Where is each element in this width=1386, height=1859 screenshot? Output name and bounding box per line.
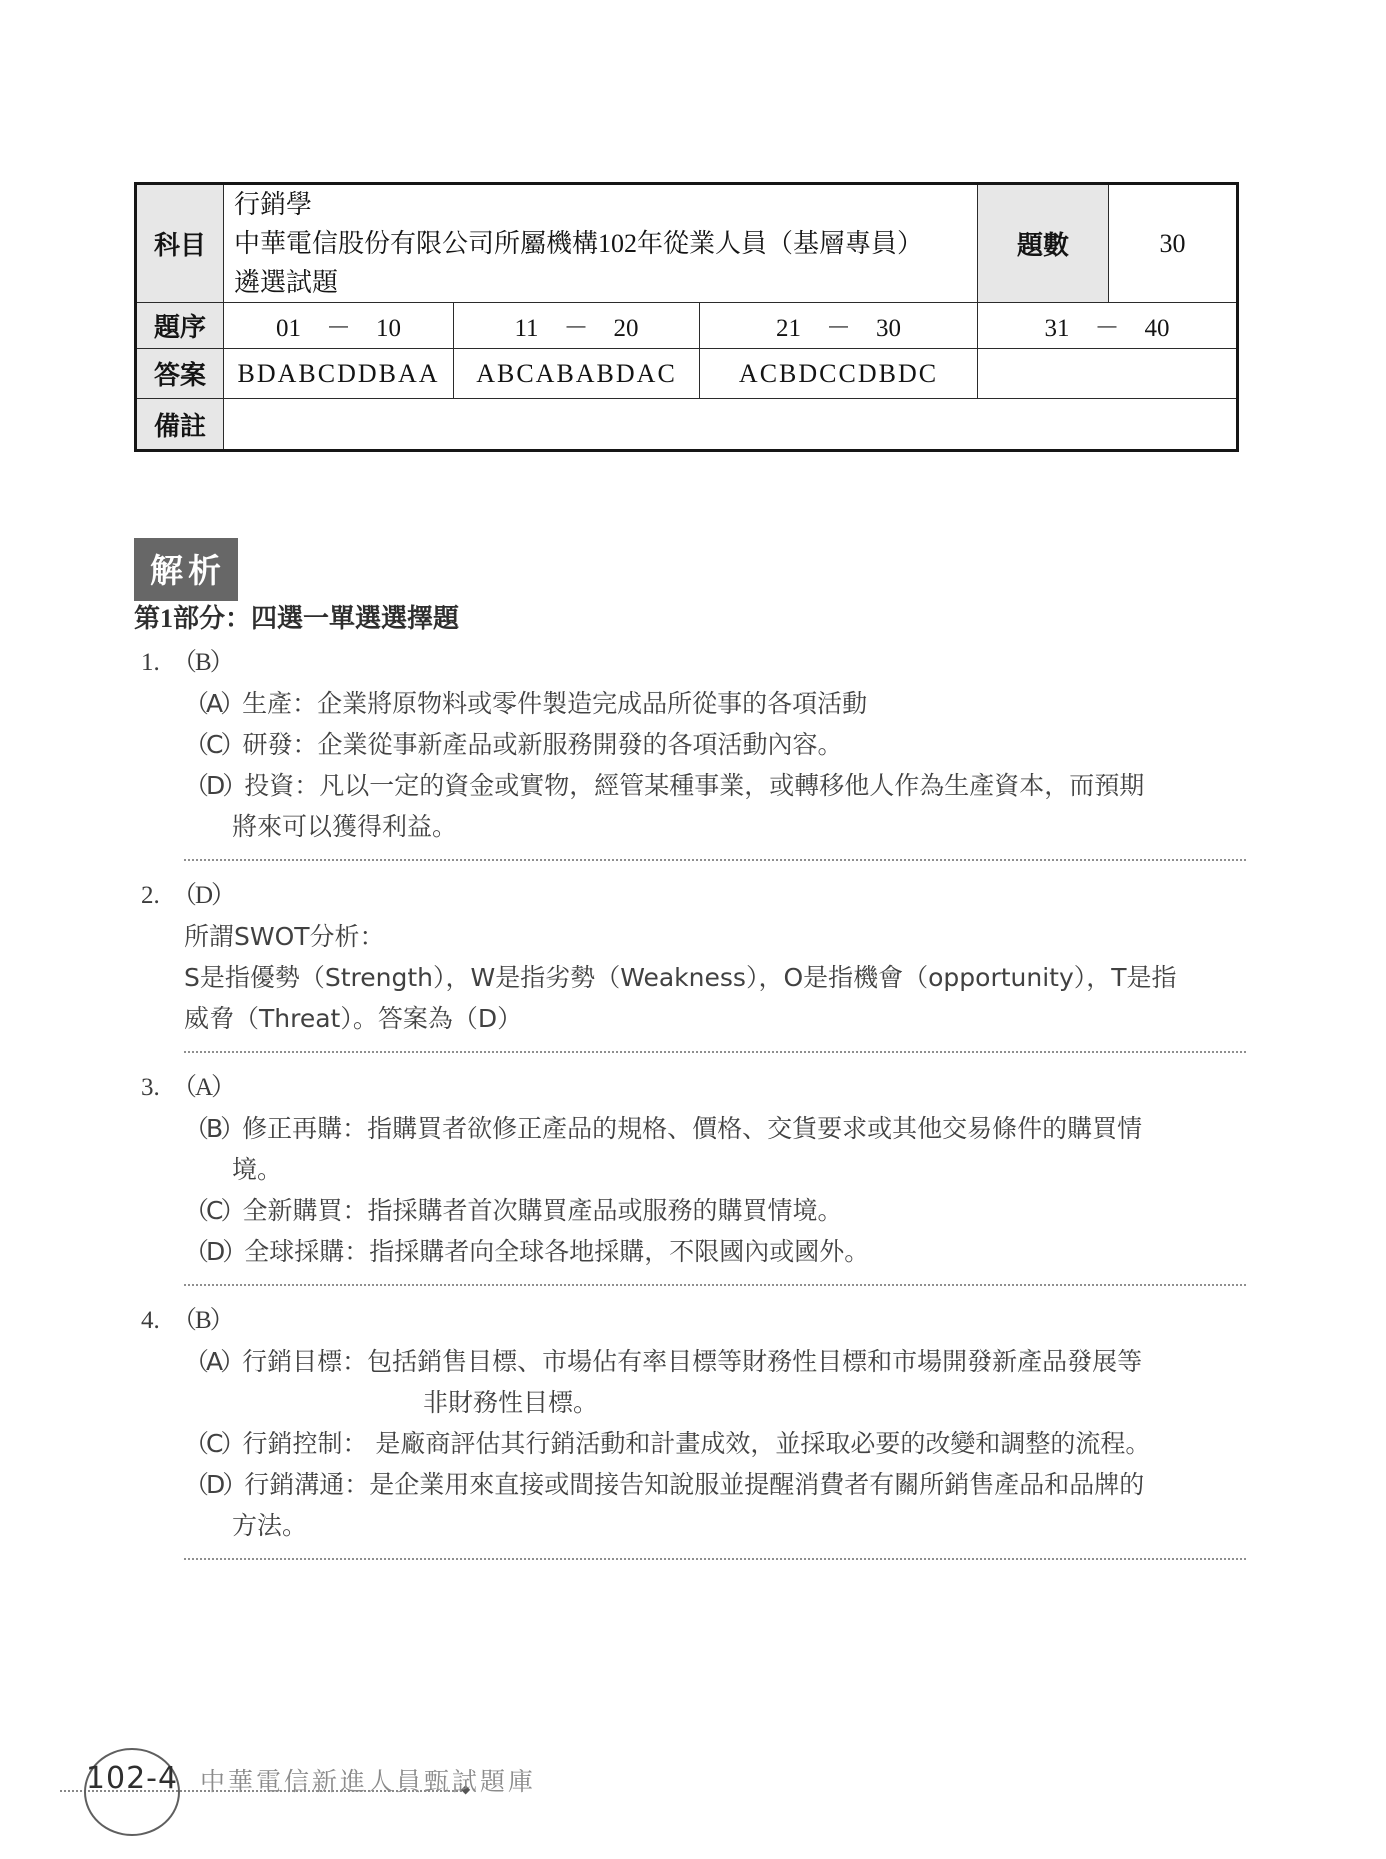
answer-key-table: 科目 行銷學 中華電信股份有限公司所屬機構102年從業人員（基層專員） 遴選試題… xyxy=(134,182,1239,452)
option-text: 投資：凡以一定的資金或實物，經管某種事業，或轉移他人作為生產資本，而預期 xyxy=(244,765,1249,806)
question-4: 4. （B） （A） 行銷目標：包括銷售目標、市場佔有率目標等財務性目標和市場開… xyxy=(134,1300,1249,1560)
answers-1-10: BDABCDDBAA xyxy=(224,349,454,399)
option-marker: （A） xyxy=(184,1341,242,1382)
option-text: 生產：企業將原物料或零件製造完成品所從事的各項活動 xyxy=(242,683,1249,724)
question-count-value: 30 xyxy=(1109,184,1238,303)
option-line: （D） 投資：凡以一定的資金或實物，經管某種事業，或轉移他人作為生產資本，而預期 xyxy=(184,765,1249,806)
question-1-head: 1. （B） xyxy=(134,642,1249,683)
option-line: （D） 行銷溝通：是企業用來直接或間接告知說服並提醒消費者有關所銷售產品和品牌的 xyxy=(184,1464,1249,1505)
explanation-line: 所謂SWOT分析： xyxy=(184,916,1249,957)
subject-line-3: 遴選試題 xyxy=(234,263,967,302)
note-label: 備註 xyxy=(136,399,224,451)
part-heading: 第1部分：四選一單選選擇題 xyxy=(134,598,459,635)
order-range-1: 01 － 10 xyxy=(224,303,454,349)
subject-line-2: 中華電信股份有限公司所屬機構102年從業人員（基層專員） xyxy=(234,224,967,263)
option-marker: （B） xyxy=(184,1108,242,1149)
option-text: 全新購買：指採購者首次購買產品或服務的購買情境。 xyxy=(242,1190,1249,1231)
option-marker: （D） xyxy=(184,1464,244,1505)
question-answer: （D） xyxy=(172,875,234,916)
option-text-continued: 將來可以獲得利益。 xyxy=(232,806,1249,847)
option-text-continued: 境。 xyxy=(232,1149,1249,1190)
exam-answer-page: 科目 行銷學 中華電信股份有限公司所屬機構102年從業人員（基層專員） 遴選試題… xyxy=(0,0,1386,1859)
option-line: （B） 修正再購：指購買者欲修正產品的規格、價格、交貨要求或其他交易條件的購買情 xyxy=(184,1108,1249,1149)
dotted-separator xyxy=(184,859,1246,861)
option-text: 行銷目標：包括銷售目標、市場佔有率目標等財務性目標和市場開發新產品發展等 xyxy=(242,1341,1249,1382)
question-answer: （B） xyxy=(172,1300,233,1341)
option-text-continued: 非財務性目標。 xyxy=(423,1382,1249,1423)
answers-11-20: ABCABABDAC xyxy=(454,349,700,399)
option-text-continued: 方法。 xyxy=(232,1505,1249,1546)
option-marker: （C） xyxy=(184,724,242,765)
option-line: （C） 研發：企業從事新產品或新服務開發的各項活動內容。 xyxy=(184,724,1249,765)
order-range-3: 21 － 30 xyxy=(700,303,978,349)
question-number: 3. xyxy=(134,1067,172,1108)
order-range-4: 31 － 40 xyxy=(978,303,1238,349)
question-answer: （A） xyxy=(172,1067,234,1108)
subject-line-1: 行銷學 xyxy=(234,185,967,224)
option-text: 修正再購：指購買者欲修正產品的規格、價格、交貨要求或其他交易條件的購買情 xyxy=(242,1108,1249,1149)
dotted-separator xyxy=(184,1051,1246,1053)
option-line: （C） 行銷控制： 是廠商評估其行銷活動和計畫成效，並採取必要的改變和調整的流程… xyxy=(184,1423,1249,1464)
question-number: 2. xyxy=(134,875,172,916)
note-row: 備註 xyxy=(136,399,1238,451)
order-range-2: 11 － 20 xyxy=(454,303,700,349)
option-marker: （C） xyxy=(184,1423,242,1464)
question-3: 3. （A） （B） 修正再購：指購買者欲修正產品的規格、價格、交貨要求或其他交… xyxy=(134,1067,1249,1286)
subject-cell: 行銷學 中華電信股份有限公司所屬機構102年從業人員（基層專員） 遴選試題 xyxy=(224,184,978,303)
note-cell xyxy=(224,399,1238,451)
subject-label: 科目 xyxy=(136,184,224,303)
explanation-line: 威脅（Threat）。答案為（D） xyxy=(184,998,1249,1039)
page-number: 102-4 xyxy=(84,1761,180,1796)
option-line: （D） 全球採購：指採購者向全球各地採購，不限國內或國外。 xyxy=(184,1231,1249,1272)
explanation-line: S是指優勢（Strength），W是指劣勢（Weakness），O是指機會（op… xyxy=(184,957,1249,998)
question-2-head: 2. （D） xyxy=(134,875,1249,916)
analysis-section-badge: 解析 xyxy=(134,538,238,601)
question-order-row: 題序 01 － 10 11 － 20 21 － 30 31 － 40 xyxy=(136,303,1238,349)
question-count-label: 題數 xyxy=(978,184,1109,303)
option-text: 研發：企業從事新產品或新服務開發的各項活動內容。 xyxy=(242,724,1249,765)
question-number: 1. xyxy=(134,642,172,683)
question-2: 2. （D） 所謂SWOT分析： S是指優勢（Strength），W是指劣勢（W… xyxy=(134,875,1249,1053)
option-marker: （A） xyxy=(184,683,242,724)
option-text: 全球採購：指採購者向全球各地採購，不限國內或國外。 xyxy=(244,1231,1249,1272)
question-3-head: 3. （A） xyxy=(134,1067,1249,1108)
question-answer: （B） xyxy=(172,642,233,683)
option-line: （C） 全新購買：指採購者首次購買產品或服務的購買情境。 xyxy=(184,1190,1249,1231)
question-4-head: 4. （B） xyxy=(134,1300,1249,1341)
option-marker: （D） xyxy=(184,765,244,806)
option-line: （A） 行銷目標：包括銷售目標、市場佔有率目標等財務性目標和市場開發新產品發展等 xyxy=(184,1341,1249,1382)
subject-row: 科目 行銷學 中華電信股份有限公司所屬機構102年從業人員（基層專員） 遴選試題… xyxy=(136,184,1238,303)
question-1: 1. （B） （A） 生產：企業將原物料或零件製造完成品所從事的各項活動 （C）… xyxy=(134,642,1249,861)
question-number: 4. xyxy=(134,1300,172,1341)
book-title: 中華電信新進人員甄試題庫 xyxy=(200,1762,536,1798)
option-text: 行銷溝通：是企業用來直接或間接告知說服並提醒消費者有關所銷售產品和品牌的 xyxy=(244,1464,1249,1505)
dotted-separator xyxy=(184,1284,1246,1286)
analysis-content: 1. （B） （A） 生產：企業將原物料或零件製造完成品所從事的各項活動 （C）… xyxy=(134,642,1249,1574)
dotted-separator xyxy=(184,1558,1246,1560)
order-label: 題序 xyxy=(136,303,224,349)
option-marker: （C） xyxy=(184,1190,242,1231)
answers-21-30: ACBDCCDBDC xyxy=(700,349,978,399)
answers-row: 答案 BDABCDDBAA ABCABABDAC ACBDCCDBDC xyxy=(136,349,1238,399)
answers-31-40 xyxy=(978,349,1238,399)
option-marker: （D） xyxy=(184,1231,244,1272)
option-text: 行銷控制： 是廠商評估其行銷活動和計畫成效，並採取必要的改變和調整的流程。 xyxy=(242,1423,1249,1464)
answers-label: 答案 xyxy=(136,349,224,399)
option-line: （A） 生產：企業將原物料或零件製造完成品所從事的各項活動 xyxy=(184,683,1249,724)
